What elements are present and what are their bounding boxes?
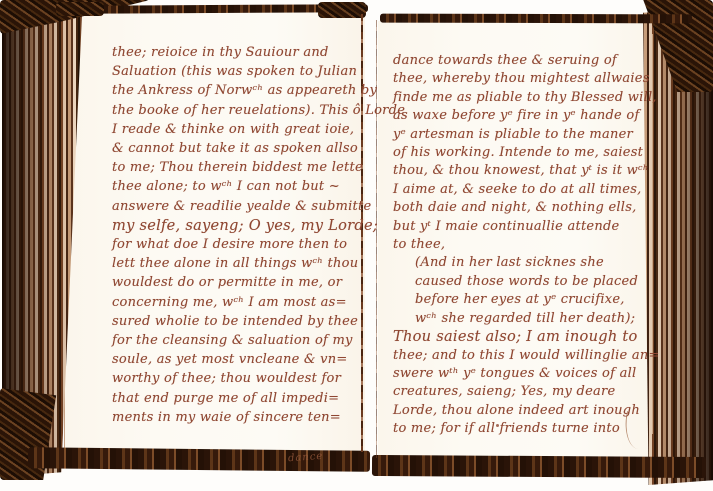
manuscript-line: before her eyes at yᵉ crucifixe, (393, 291, 660, 309)
manuscript-line: worthy of thee; thou wouldest for (112, 369, 405, 388)
manuscript-line: I reade & thinke on with great ioie, (112, 120, 405, 139)
page-bottom-edge-right (372, 455, 706, 478)
manuscript-line: Lorde, thou alone indeed art inough (393, 402, 660, 420)
manuscript-line: thee alone; to wᶜʰ I can not but ~ (112, 177, 405, 196)
manuscript-line: as waxe before yᵉ fire in yᵉ hande of (393, 107, 660, 125)
manuscript-line: thou, & thou knowest, that yᵗ is it wᶜʰ (393, 162, 660, 180)
right-page-text: dance towards thee & seruing of thee, wh… (393, 52, 660, 439)
manuscript-line: caused those words to be placed (393, 273, 660, 291)
manuscript-line: my selfe, sayeng; O yes, my Lorde; (112, 216, 405, 235)
manuscript-line: sured wholie to be intended by thee (112, 312, 405, 331)
manuscript-line: yᵉ artesman is pliable to the maner (393, 126, 660, 144)
manuscript-line: wᶜʰ she regarded till her death); (393, 310, 660, 328)
manuscript-line: the Ankress of Norwᶜʰ as appeareth by (112, 81, 405, 100)
manuscript-line: but yᵗ I maie continuallie attende (393, 218, 660, 236)
manuscript-line: lett thee alone in all things wᶜʰ thou (112, 254, 405, 273)
manuscript-line: answere & readilie yealde & submitte (112, 197, 405, 216)
page-top-edge-blob (318, 2, 366, 18)
manuscript-line: that end purge me of all impedi= (112, 389, 405, 408)
ink-dot (496, 424, 499, 427)
manuscript-line: to me; for if all friends turne into (393, 420, 660, 438)
manuscript-line: Thou saiest also; I am inough to (393, 328, 660, 346)
manuscript-line: (And in her last sicknes she (393, 254, 660, 272)
manuscript-line: dance towards thee & seruing of (393, 52, 660, 70)
manuscript-line: the booke of her reuelations). This ô Lo… (112, 101, 405, 120)
manuscript-line: for what doe I desire more then to (112, 235, 405, 254)
manuscript-line: of his working. Intende to me, saiest (393, 144, 660, 162)
manuscript-line: both daie and night, & nothing ells, (393, 199, 660, 217)
manuscript-line: creatures, saieng; Yes, my deare (393, 383, 660, 401)
manuscript-line: I aime at, & seeke to do at all times, (393, 181, 660, 199)
manuscript-line: finde me as pliable to thy Blessed will, (393, 89, 660, 107)
manuscript-line: swere wᵗʰ yᵉ tongues & voices of all (393, 365, 660, 383)
manuscript-line: concerning me, wᶜʰ I am most as= (112, 293, 405, 312)
manuscript-line: wouldest do or permitte in me, or (112, 273, 405, 292)
left-page-text: thee; reioice in thy Sauiour and Saluati… (112, 43, 405, 427)
manuscript-line: thee, whereby thou mightest allwaies (393, 70, 660, 88)
page-top-edge-blob (56, 2, 104, 16)
manuscript-line: soule, as yet most vncleane & vn= (112, 350, 405, 369)
manuscript-line: for the cleansing & saluation of my (112, 331, 405, 350)
manuscript-line: ments in my waie of sincere ten= (112, 408, 405, 427)
manuscript-line: thee; and to this I would willinglie an= (393, 347, 660, 365)
page-top-edge-right (380, 14, 692, 24)
manuscript-line: thee; reioice in thy Sauiour and (112, 43, 405, 62)
manuscript-line: & cannot but take it as spoken allso (112, 139, 405, 158)
manuscript-scan: thee; reioice in thy Sauiour and Saluati… (0, 0, 713, 491)
manuscript-line: to me; Thou therein biddest me lette (112, 158, 405, 177)
manuscript-line: Saluation (this was spoken to Julian (112, 62, 405, 81)
manuscript-line: to thee, (393, 236, 660, 254)
